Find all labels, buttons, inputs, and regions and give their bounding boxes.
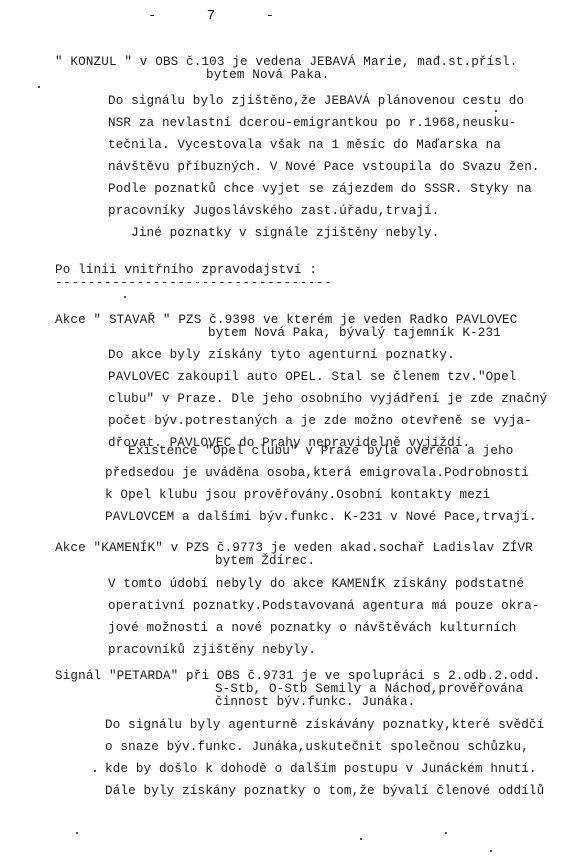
- stavar-header-line-1: Akce " STAVAŘ " PZS č.9398 ve kterém je …: [55, 313, 517, 327]
- kamenik-header-line-1: Akce "KAMENÍK" v PZS č.9773 je veden aka…: [55, 541, 533, 555]
- scan-speck: [445, 832, 447, 834]
- text-line: PAVLOVCEM a dalšími býv.funkc. K-231 v N…: [105, 510, 537, 524]
- text-line: Jiné poznatky v signále zjištěny nebyly.: [108, 226, 439, 240]
- scan-speck: [495, 110, 497, 112]
- petarda-header-line-2: S-Stb, O-Stb Semily a Náchod,prověřována: [215, 682, 523, 696]
- text-line: PAVLOVEC zakoupil auto OPEL. Stal se čle…: [108, 370, 517, 384]
- text-line: Podle poznatků chce vyjet se zájezdem do…: [108, 182, 532, 196]
- text-line: pracovníky Jugoslávského zast.úřadu,trva…: [108, 204, 439, 218]
- scan-speck: [94, 770, 96, 772]
- section-heading-underline: ----------------------------------: [55, 276, 332, 290]
- text-line: tečnila. Vycestovala však na 1 měsíc do …: [108, 138, 501, 152]
- scan-speck: [360, 838, 362, 840]
- text-line: clubu" v Praze. Dle jeho osobního vyjádř…: [108, 392, 547, 406]
- petarda-header-line-1: Signál "PETARDA" při OBS č.9731 je ve sp…: [55, 669, 541, 683]
- text-line: Existence "Opel clubu" v Praze byla ověř…: [105, 444, 514, 458]
- text-line: počet býv.potrestaných a je zde možno ot…: [108, 414, 532, 428]
- text-line: jové možnosti a nové poznatky o návštěvá…: [108, 621, 517, 635]
- text-line: Dále byly získány poznatky o tom,že býva…: [105, 784, 544, 798]
- text-line: V tomto údobí nebyly do akce KAMENÍK zís…: [108, 577, 524, 591]
- text-line: Do akce byly získány tyto agenturní pozn…: [108, 348, 455, 362]
- text-line: o snaze býv.funkc. Junáka,uskutečnit spo…: [105, 740, 529, 754]
- text-line: NSR za nevlastní dcerou-emigrantkou po r…: [108, 116, 517, 130]
- scan-speck: [38, 86, 40, 88]
- text-line: návštěvu příbuzných. V Nové Pace vstoupi…: [108, 160, 540, 174]
- stavar-header-line-2: bytem Nová Paka, bývalý tajemník K-231: [208, 326, 501, 340]
- scan-speck: [490, 850, 492, 852]
- text-line: kde by došlo k dohodě o dalším postupu v…: [105, 762, 537, 776]
- scan-speck: [76, 832, 78, 834]
- konzul-header-line-2: bytem Nová Paka.: [206, 68, 329, 82]
- text-line: Do signálu byly agenturně získávány pozn…: [105, 718, 544, 732]
- text-line: pracovníků zjištěny nebyly.: [108, 643, 316, 657]
- text-line: Do signálu bylo zjištěno,že JEBAVÁ pláno…: [108, 94, 524, 108]
- text-line: předsedou je uváděna osoba,která emigrov…: [105, 466, 529, 480]
- petarda-header-line-3: činnost býv.funkc. Junáka.: [215, 695, 415, 709]
- text-line: operativní poznatky.Podstavovaná agentur…: [108, 599, 540, 613]
- text-line: k Opel klubu jsou prověřovány.Osobní kon…: [105, 488, 490, 502]
- konzul-header-line-1: " KONZUL " v OBS č.103 je vedena JEBAVÁ …: [55, 55, 517, 69]
- kamenik-header-line-2: bytem Ždírec.: [215, 554, 315, 568]
- page-number: - 7 -: [148, 8, 274, 24]
- scan-speck: [124, 296, 126, 298]
- section-heading: Po linii vnitřního zpravodajství :: [55, 263, 317, 277]
